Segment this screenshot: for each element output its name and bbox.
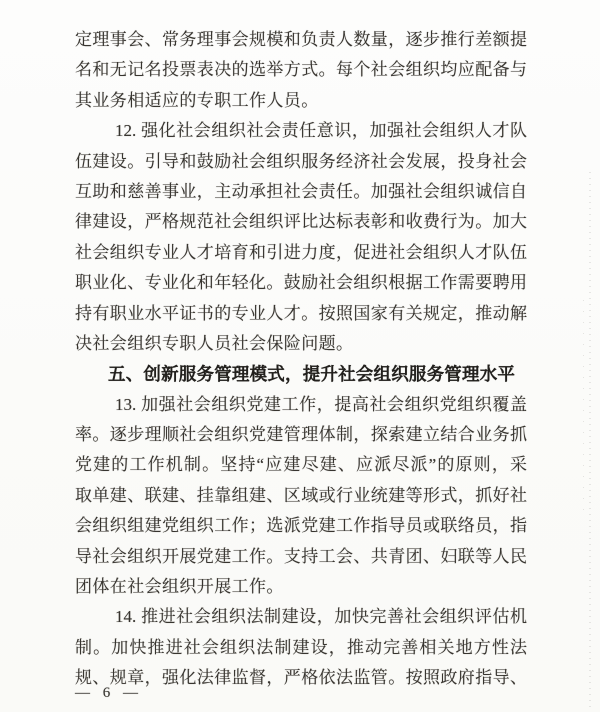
document-text-column: 定理事会、常务理事会规模和负责人数量，逐步推行差额提 名和无记名投票表决的选举方… — [75, 25, 527, 694]
section-5: 五、创新服务管理模式，提升社会组织服务管理水平 — [75, 359, 527, 389]
text-line: 其业务相适应的专职工作人员。 — [75, 86, 527, 116]
paragraph-13: 13. 加强社会组织党建工作，提高社会组织党组织覆盖 率。逐步理顺社会组织党建管… — [75, 390, 527, 603]
text-line: 决社会组织专职人员社会保险问题。 — [75, 329, 527, 359]
text-line: 会组织组建党组织工作；选派党建工作指导员或联络员，指 — [75, 511, 527, 541]
text-line: 职业化、专业化和年轻化。鼓励社会组织根据工作需要聘用 — [75, 268, 527, 298]
text-line: 互助和慈善事业，主动承担社会责任。加强社会组织诚信自 — [75, 177, 527, 207]
page-number-footer: — 6 — — [75, 685, 139, 702]
text-line: 率。逐步理顺社会组织党建管理体制，探索建立结合业务抓 — [75, 420, 527, 450]
text-line: 取单建、联建、挂靠组建、区域或行业统建等形式，抓好社 — [75, 481, 527, 511]
paragraph-14: 14. 推进社会组织法制建设，加快完善社会组织评估机 制。加快推进社会组织法制建… — [75, 602, 527, 693]
section-heading: 五、创新服务管理模式，提升社会组织服务管理水平 — [75, 359, 527, 389]
text-line: 党建的工作机制。坚持“应建尽建、应派尽派”的原则，采 — [75, 450, 527, 480]
text-line: 14. 推进社会组织法制建设，加快完善社会组织评估机 — [75, 602, 527, 632]
text-line: 规、规章，强化法律监督，严格依法监管。按照政府指导、 — [75, 663, 527, 693]
paragraph-12: 12. 强化社会组织社会责任意识，加强社会组织人才队 伍建设。引导和鼓励社会组织… — [75, 116, 527, 359]
text-line: 伍建设。引导和鼓励社会组织服务经济社会发展，投身社会 — [75, 147, 527, 177]
text-line: 13. 加强社会组织党建工作，提高社会组织党组织覆盖 — [75, 390, 527, 420]
text-line: 导社会组织开展党建工作。支持工会、共青团、妇联等人民 — [75, 542, 527, 572]
text-line: 社会组织专业人才培育和引进力度，促进社会组织人才队伍 — [75, 238, 527, 268]
scan-artifact-streak — [589, 172, 591, 712]
text-line: 制。加快推进社会组织法制建设，推动完善相关地方性法 — [75, 633, 527, 663]
text-line: 12. 强化社会组织社会责任意识，加强社会组织人才队 — [75, 116, 527, 146]
text-line: 名和无记名投票表决的选举方式。每个社会组织均应配备与 — [75, 55, 527, 85]
text-line: 持有职业水平证书的专业人才。按照国家有关规定，推动解 — [75, 299, 527, 329]
scanned-document-page: 定理事会、常务理事会规模和负责人数量，逐步推行差额提 名和无记名投票表决的选举方… — [0, 0, 600, 712]
paragraph-continuation: 定理事会、常务理事会规模和负责人数量，逐步推行差额提 名和无记名投票表决的选举方… — [75, 25, 527, 116]
text-line: 定理事会、常务理事会规模和负责人数量，逐步推行差额提 — [75, 25, 527, 55]
text-line: 律建设，严格规范社会组织评比达标表彰和收费行为。加大 — [75, 207, 527, 237]
text-line: 团体在社会组织开展工作。 — [75, 572, 527, 602]
scan-artifact-specks — [583, 300, 584, 520]
